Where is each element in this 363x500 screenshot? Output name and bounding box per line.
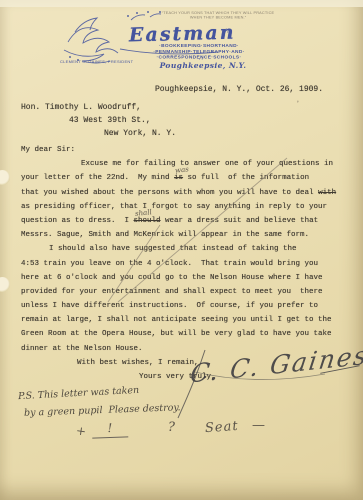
struck-word: is	[174, 174, 183, 182]
hole-punch	[0, 277, 10, 292]
typed-text: so full of the information	[183, 174, 309, 182]
typed-text: here at 6 o'clock and you could go to th…	[21, 274, 323, 282]
typed-line: as presiding officer, that I forgot to s…	[21, 203, 357, 217]
typed-text: 4:53 train you leave on the 4 o'clock. T…	[21, 260, 318, 268]
president-line: CLEMENT C. GAINES, PRESIDENT	[60, 60, 133, 64]
typed-text: your letter of the 22nd. My mind	[21, 174, 174, 182]
school-list: ·BOOKKEEPING·SHORTHAND··PENMANSHIP·TELEG…	[142, 43, 256, 60]
letterhead-motto: “TEACH YOUR SONS THAT WHICH THEY WILL PR…	[146, 11, 290, 20]
handwritten-mark: Seat	[205, 419, 240, 436]
handwritten-mark: —	[252, 418, 265, 433]
typed-line: provided for your entertainment and shal…	[21, 288, 357, 302]
typed-text: Green Room at the Opera House, but will …	[21, 330, 332, 338]
ps-line: P.S. This letter was taken	[18, 385, 140, 402]
typed-text: provided for your entertainment and shal…	[21, 288, 323, 296]
typed-text: With best wishes, I remain,	[77, 359, 199, 367]
typed-line: Messrs. Sague, Smith and McKenrick will …	[21, 231, 357, 245]
typed-text: wear a dress suit and believe that	[161, 217, 319, 225]
typed-text: remain at large, I shall not anticipate …	[21, 316, 332, 324]
dateline: Poughkeepsie, N. Y., Oct. 26, 1909.	[155, 85, 323, 94]
typed-line: 4:53 train you leave on the 4 o'clock. T…	[21, 260, 357, 274]
typed-text: that you wished about the persons with w…	[21, 189, 318, 197]
typed-line: My dear Sir:	[21, 146, 357, 160]
typed-text: as presiding officer, that I forgot to s…	[21, 203, 327, 211]
address-line: 43 West 39th St.,	[21, 116, 176, 129]
typed-line: unless I have different instructions. Of…	[21, 302, 357, 316]
handwritten-mark: +	[75, 423, 87, 438]
typed-line: your letter of the 22nd. My mind iswas s…	[21, 174, 357, 188]
address-block: Hon. Timothy L. Woodruff,43 West 39th St…	[21, 103, 176, 142]
typed-text: Excuse me for failing to answer one of y…	[81, 160, 333, 168]
typed-line: I should also have suggested that instea…	[21, 245, 357, 259]
ps-line: by a green pupil Please destroy.	[24, 402, 181, 418]
letterhead-city: Poughkeepsie, N.Y.	[158, 61, 248, 70]
typed-text: question as to dress. I	[21, 217, 134, 225]
scan-edge	[0, 0, 363, 7]
typed-text: unless I have different instructions. Of…	[21, 302, 318, 310]
struck-word: with	[318, 189, 336, 197]
typed-line: question as to dress. I shouldshall wear…	[21, 217, 357, 231]
ornament-dots-icon: ∴	[224, 27, 228, 35]
handwritten-insert: shall	[134, 208, 152, 218]
address-line: Hon. Timothy L. Woodruff,	[21, 103, 176, 116]
typed-line: Green Room at the Opera House, but will …	[21, 330, 357, 344]
typed-text: Messrs. Sague, Smith and McKenrick will …	[21, 231, 309, 239]
address-line: New York, N. Y.	[21, 129, 176, 142]
stray-mark: ʼ	[297, 100, 299, 109]
motto-line: WHEN THEY BECOME MEN.”	[146, 16, 290, 21]
typed-text: dinner at the Nelson House.	[21, 345, 143, 353]
school-line: ·CORRESPONDENCE·SCHOOLS·	[142, 54, 256, 60]
hole-punch	[0, 170, 10, 185]
struck-word: should	[134, 217, 161, 225]
letter-scan: “TEACH YOUR SONS THAT WHICH THEY WILL PR…	[0, 0, 363, 500]
typed-line: here at 6 o'clock and you could go to th…	[21, 274, 357, 288]
handwritten-mark: !	[92, 420, 129, 438]
typed-text: My dear Sir:	[21, 146, 75, 154]
typed-line: remain at large, I shall not anticipate …	[21, 316, 357, 330]
typed-line: that you wished about the persons with w…	[21, 189, 357, 203]
typed-text: I should also have suggested that instea…	[49, 245, 297, 253]
handwritten-mark: ?	[168, 420, 175, 435]
